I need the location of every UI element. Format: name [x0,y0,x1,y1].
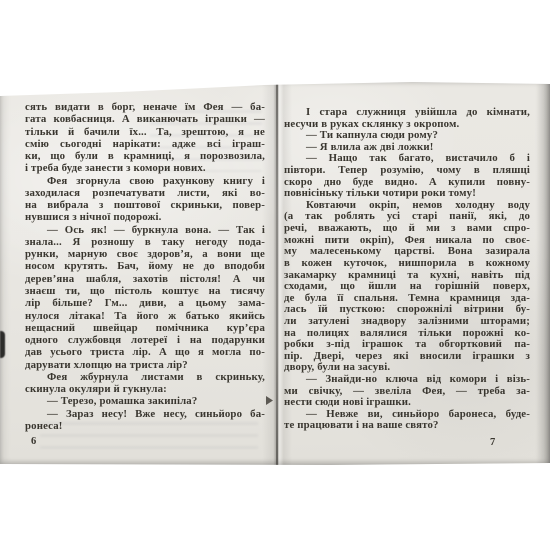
text-line: ки, що були в крамниці, я порозвозила, [25,150,265,162]
text-line: нувшися з нічної подорожі. [25,211,265,223]
text-line: дав усього триста лір. А що я могла по- [25,346,265,358]
text-line: лась їй пусткою: спорожнілі вітрини бу- [284,304,530,316]
text-line: гата ковбасниця. А виканючать іграшки — [25,113,265,125]
text-line: двору, були на засуві. [284,362,530,374]
text-line: повнісіньку тільки чотири роки тому! [284,188,530,200]
page-number-left: 6 [31,436,36,448]
text-line: сходами, що йшли на горішній поверх, [284,281,530,293]
book-scan: сять видати в борг, неначе їм Фея — ба-г… [0,80,550,465]
text-line: (а так роблять усі старі панії, які, до [284,211,530,223]
page-edge-shadow [536,80,550,465]
text-line: — Терезо, ромашка закипіла? [25,395,265,407]
text-line: заходилася розпечатувати листи, які во- [25,187,265,199]
text-line: те працювати і на ваше свято? [284,420,530,432]
text-line: І стара служниця увійшла до кімнати, [284,107,530,119]
text-line: на вибрала з поштової скриньки, повер- [25,199,265,211]
text-line: одного службовця лотереї і на подарунки [25,334,265,346]
text-line: пір. Двері, через які вносили іграшки з [284,351,530,363]
text-line: дерев’яна шабля, захотів пістоля! А чи [25,273,265,285]
text-line: — Ось як! — буркнула вона. — Так і [25,224,265,236]
text-line: — Нащо так багато, вистачило б і [284,153,530,165]
text-line: робки з-під іграшок та обгортковий па- [284,339,530,351]
text-line: Ковтаючи окріп, немов холодну воду [284,200,530,212]
text-line: можні пити окріп), Фея никала по своє- [284,235,530,247]
text-line: — Ти капнула сюди рому? [284,130,530,142]
page-number-right: 7 [490,437,495,449]
text-line: нулося літака! Та його ж батько якийсь [25,310,265,322]
text-line: нести сюди нові іграшки. [284,397,530,409]
text-line: сять видати в борг, неначе їм Фея — ба- [25,101,265,113]
text-line: тільки й бачили їх... Та, зрештою, я не [25,126,265,138]
text-line: півтори. Тепер розумію, чому в пляшці [284,165,530,177]
text-line: знала... Я розношу в таку негоду пода- [25,236,265,248]
text-line: лір більше? Гм... диви, а цьому зама- [25,297,265,309]
text-line: на полицях валялися тільки порожні ко- [284,328,530,340]
text-line: — Знайди-но ключа від комори і візь- [284,374,530,386]
text-line: носом крутять. Бач, йому не до вподоби [25,260,265,272]
text-line: — Зараз несу! Вже несу, синьйоро ба- [25,408,265,420]
text-line: ми свічку, — звеліла Фея, — треба за- [284,386,530,398]
text-line: в кожен куточок, нишпорила в кожному [284,258,530,270]
text-line: і треба буде занести з комори нових. [25,162,265,174]
text-line: речі, вважають, що й ми з вами спро- [284,223,530,235]
text-line: — Я влила аж дві ложки! [284,142,530,154]
text-line: несучи в руках склянку з окропом. [284,119,530,131]
left-page: сять видати в борг, неначе їм Фея — ба-г… [0,80,276,465]
text-line: смію сьогодні нарікати: адже всі іграш- [25,138,265,150]
text-line: скоро дно буде видно. А купили повну- [284,177,530,189]
screenshot-root: сять видати в борг, неначе їм Фея — ба-г… [0,0,550,550]
text-line: дарувати хлопцю на триста лір? [25,359,265,371]
text-line: нещасний швейцар помічника кур’єра [25,322,265,334]
right-page: І стара служниця увійшла до кімнати,несу… [278,80,550,465]
text-line: — Невже ви, синьйоро баронеса, буде- [284,409,530,421]
text-line: му малесенькому царстві. Вона зазирала [284,246,530,258]
text-line: рунки, марную своє здоров’я, а вони ще [25,248,265,260]
text-line: Фея згорнула свою рахункову книгу і [25,175,265,187]
right-page-text: І стара служниця увійшла до кімнати,несу… [284,107,530,432]
scan-artifact-blob [0,331,5,358]
text-line: знаєш ти, що пістоль коштує на тисячу [25,285,265,297]
text-line: закамарку крамниці та кухні, навіть під [284,270,530,282]
text-line: скинула окуляри й гукнула: [25,383,265,395]
text-line: Фея жбурнула листами в скриньку, [25,371,265,383]
text-line: ли затулені знадвору залізними шторами; [284,316,530,328]
text-line: ронеса! [25,420,265,432]
text-line: де була її спальня. Темна крамниця зда- [284,293,530,305]
left-page-text: сять видати в борг, неначе їм Фея — ба-г… [25,101,265,432]
